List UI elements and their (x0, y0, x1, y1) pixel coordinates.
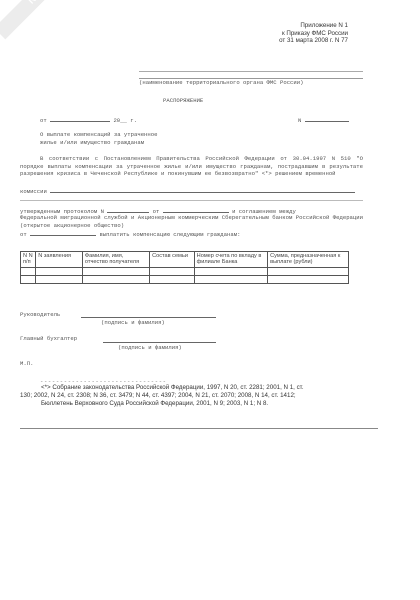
footnote-line-3: Бюллетень Верховного Суда Российской Фед… (41, 400, 268, 407)
order-number-field[interactable] (305, 115, 349, 122)
commission-label: комиссии (20, 188, 47, 195)
table-cell[interactable] (36, 275, 83, 283)
col-row-number: N N п/п (21, 252, 36, 268)
document-title: РАСПОРЯЖЕНИЕ (163, 97, 203, 104)
table-cell[interactable] (194, 275, 267, 283)
col-family-composition: Состав семьи (150, 252, 195, 268)
subject-line-1: О выплате компенсаций за утраченное (40, 131, 158, 139)
recipients-table: N N п/п N заявления Фамилия, имя, отчест… (20, 251, 349, 284)
col-application-number: N заявления (36, 252, 83, 268)
table-cell[interactable] (21, 267, 36, 275)
commission-line: комиссии (20, 186, 363, 195)
table-cell[interactable] (82, 267, 149, 275)
head-signature-label: Руководитель (20, 311, 60, 318)
table-cell[interactable] (150, 275, 195, 283)
commission-field[interactable] (50, 186, 355, 193)
appendix-line-2: к Приказу ФМС России (279, 30, 348, 38)
accountant-signature-label: Главный бухгалтер (20, 335, 77, 342)
table-cell[interactable] (36, 267, 83, 275)
date-year: 20__ г. (113, 117, 137, 124)
table-cell[interactable] (150, 267, 195, 275)
date-line: от 20__ г. (40, 115, 137, 124)
commission-continuation-line[interactable] (20, 200, 363, 201)
seal-label: М.П. (20, 360, 33, 367)
payment-line: от выплатить компенсацию следующим гражд… (20, 229, 240, 238)
accountant-signature-field[interactable] (103, 342, 216, 343)
date-field[interactable] (50, 115, 110, 122)
payment-suffix: выплатить компенсацию следующим граждана… (99, 231, 240, 238)
table-row (21, 267, 349, 275)
subject-line-2: жилье и/или имущество гражданам (40, 139, 158, 147)
subject: О выплате компенсаций за утраченное жиль… (40, 131, 158, 146)
page-bottom-divider (20, 428, 378, 429)
table-cell[interactable] (194, 267, 267, 275)
order-number-line: N (298, 115, 349, 124)
protocol-number-field[interactable] (107, 206, 149, 213)
table-cell[interactable] (268, 267, 349, 275)
watermark: NoNumber.ru (0, 0, 111, 39)
table-cell[interactable] (268, 275, 349, 283)
protocol-date-field[interactable] (163, 206, 229, 213)
appendix-line-3: от 31 марта 2008 г. N 77 (279, 37, 348, 45)
appendix-header: Приложение N 1 к Приказу ФМС России от 3… (279, 22, 348, 45)
head-signature-field[interactable] (81, 317, 216, 318)
date-prefix: от (40, 117, 47, 124)
table-cell[interactable] (21, 275, 36, 283)
table-cell[interactable] (82, 275, 149, 283)
agreement-date-field[interactable] (30, 229, 96, 236)
intro-paragraph: В соответствии с Постановлением Правител… (20, 155, 363, 178)
table-header-row: N N п/п N заявления Фамилия, имя, отчест… (21, 252, 349, 268)
table-row (21, 275, 349, 283)
col-payment-amount: Сумма, предназначенная к выплате (рубли) (268, 252, 349, 268)
footnote-line-1: <*> Собрание законодательства Российской… (41, 384, 304, 391)
footnote-line-2: 130; 2002, N 24, ст. 2308; N 36, ст. 347… (20, 392, 296, 399)
appendix-line-1: Приложение N 1 (279, 22, 348, 30)
order-number-label: N (298, 117, 301, 124)
head-signature-caption: (подпись и фамилия) (101, 319, 165, 326)
col-recipient-name: Фамилия, имя, отчество получателя (82, 252, 149, 268)
org-name-field[interactable] (139, 71, 363, 72)
org-caption: (наименование территориального органа ФМ… (139, 79, 303, 86)
agreement-paragraph: Федеральной миграционной службой и Акцио… (20, 214, 363, 229)
payment-prefix: от (20, 231, 27, 238)
col-account-number: Номер счета по вкладу в филиале Банка (194, 252, 267, 268)
accountant-signature-caption: (подпись и фамилия) (118, 344, 182, 351)
